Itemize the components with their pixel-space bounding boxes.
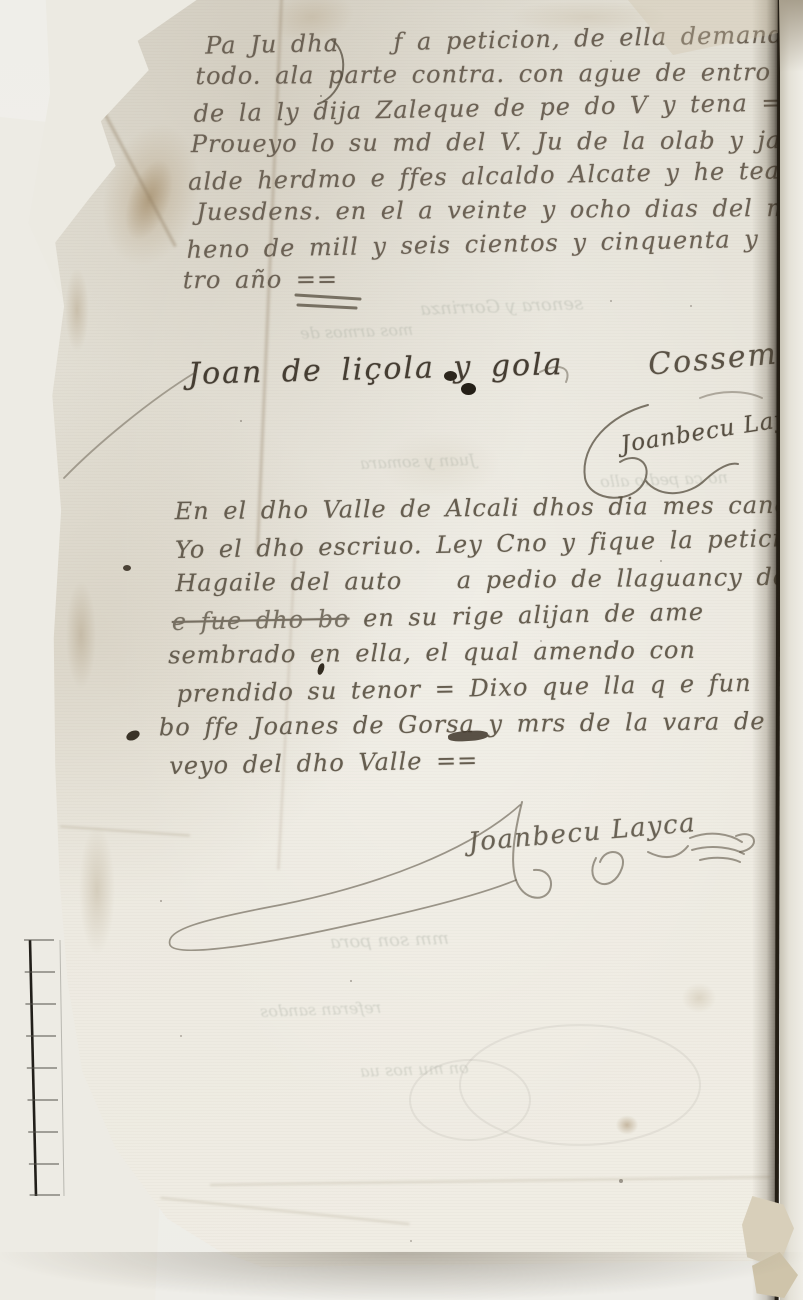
adjacent-page-edge [780, 0, 803, 1300]
scanned-manuscript-photo: senora y Gorrinza mos armos de Juan y so… [0, 0, 803, 1300]
manuscript-page: senora y Gorrinza mos armos de Juan y so… [42, 0, 778, 1276]
stain [612, 1112, 642, 1138]
paper-specks [42, 0, 44, 2]
ghost-text: referan sandos [260, 998, 382, 1021]
ghost-text: no ca pedio allo [600, 468, 728, 491]
ruler [16, 934, 86, 1204]
bottom-edge-shadow [0, 1252, 803, 1300]
crease-line [210, 1176, 770, 1186]
struck-text: e fue dho bo [172, 605, 350, 636]
stain [676, 978, 722, 1018]
stain [60, 250, 94, 370]
ghost-text: mos armos de [300, 320, 414, 343]
top-paragraph: Pa Ju dha ƒ a peticion, de ella demanda … [195, 24, 778, 300]
ink-blot [123, 565, 131, 571]
middle-paragraph: En el dho Valle de Alcali dhos dia mes c… [175, 491, 778, 785]
stain [60, 560, 102, 710]
manuscript-line-rest: en su rige alijan de ame [349, 598, 704, 633]
closing-signature: Joanbecu Layca [467, 808, 697, 858]
ghost-text: on mu nos ua [360, 1058, 469, 1081]
ink-blot [461, 383, 476, 395]
crease-line [161, 1197, 410, 1225]
ink-blot [125, 728, 141, 742]
gutter-top-shadow [779, 0, 803, 72]
ghost-text: mm son pora [330, 928, 450, 953]
ghost-text: Juan y somara [360, 450, 476, 473]
ink-blot [444, 371, 457, 381]
primary-signature: Joan de liçola y gola [188, 347, 564, 392]
